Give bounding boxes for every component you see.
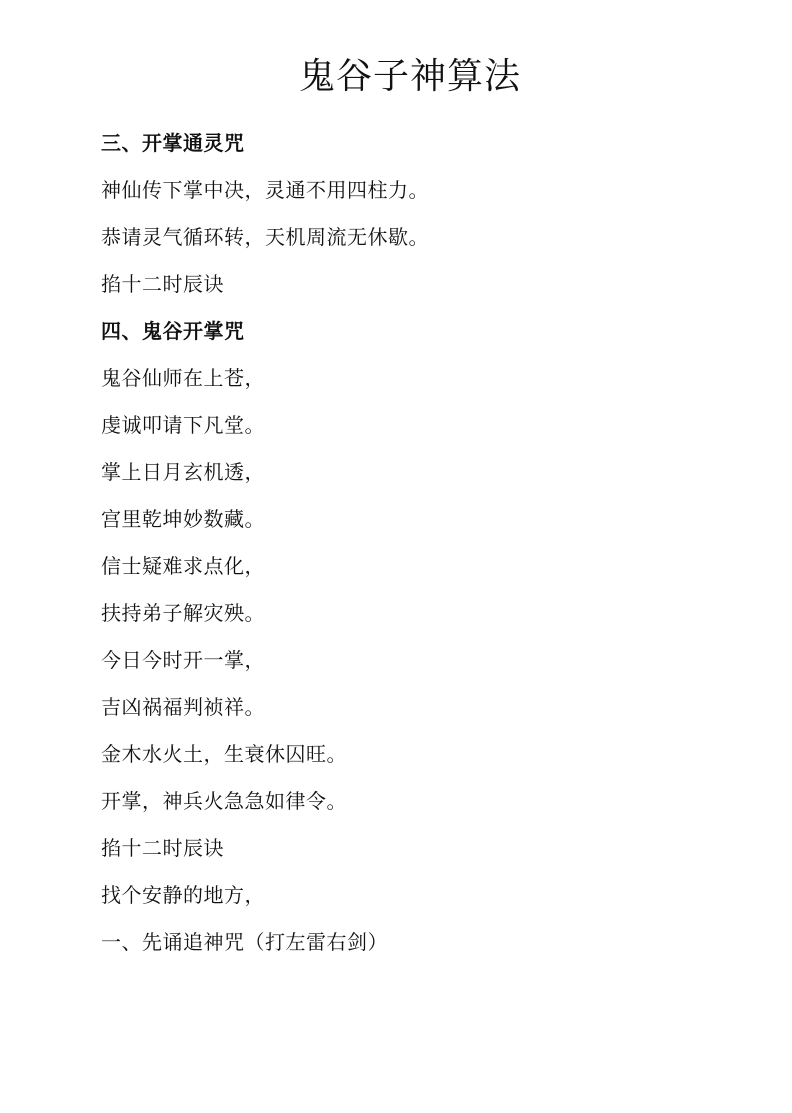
text-line: 扶持弟子解灾殃。	[101, 599, 265, 627]
document-title: 鬼谷子神算法	[0, 52, 792, 102]
text-line: 掌上日月玄机透，	[101, 458, 265, 486]
text-line: 神仙传下掌中决，灵通不用四柱力。	[101, 176, 429, 204]
text-line: 今日今时开一掌，	[101, 646, 265, 674]
section-heading-3: 三、开掌通灵咒	[101, 129, 245, 157]
text-line: 虔诚叩请下凡堂。	[101, 411, 265, 439]
text-line: 鬼谷仙师在上苍，	[101, 364, 265, 392]
text-line: 信士疑难求点化，	[101, 552, 265, 580]
document-page: 鬼谷子神算法 三、开掌通灵咒 神仙传下掌中决，灵通不用四柱力。 恭请灵气循环转，…	[0, 0, 792, 1113]
text-line: 掐十二时辰诀	[101, 834, 224, 862]
text-line: 找个安静的地方，	[101, 881, 265, 909]
text-line: 掐十二时辰诀	[101, 270, 224, 298]
text-line: 恭请灵气循环转，天机周流无休歇。	[101, 223, 429, 251]
text-line: 金木水火土，生衰休囚旺。	[101, 740, 347, 768]
section-heading-4: 四、鬼谷开掌咒	[101, 317, 245, 345]
text-line: 宫里乾坤妙数藏。	[101, 505, 265, 533]
text-line: 开掌，神兵火急急如律令。	[101, 787, 347, 815]
text-line: 一、先诵追神咒（打左雷右剑）	[101, 928, 388, 956]
text-line: 吉凶祸福判祯祥。	[101, 693, 265, 721]
